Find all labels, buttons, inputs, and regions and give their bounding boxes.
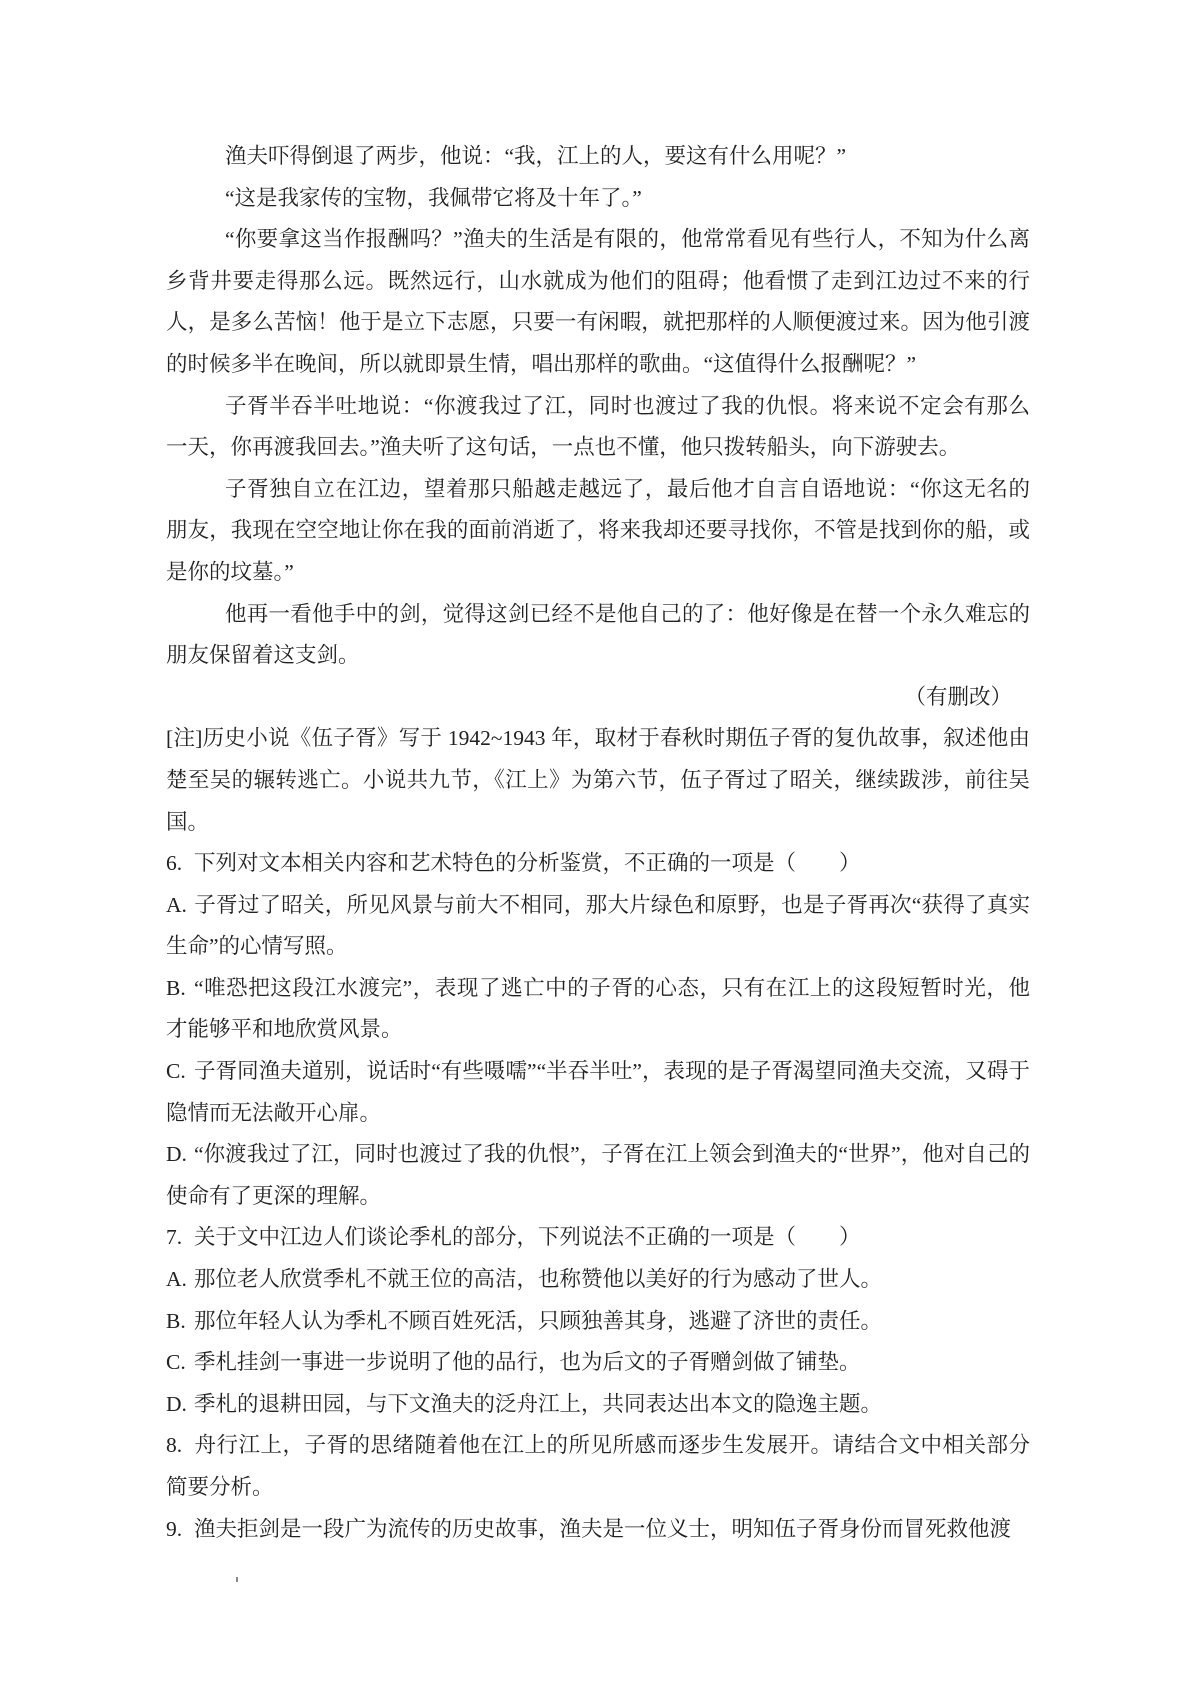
- scan-artifact-speck: [236, 1577, 238, 1582]
- story-paragraph-6: 他再一看他手中的剑，觉得这剑已经不是他自己的了：他好像是在替一个永久难忘的朋友保…: [166, 594, 1030, 677]
- option-c-text: 子胥同渔夫道别，说话时“有些嗫嚅”“半吞半吐”，表现的是子胥渴望同渔夫交流，又碍…: [166, 1059, 1030, 1125]
- option-c-label: C.: [166, 1342, 194, 1384]
- question-7-text: 关于文中江边人们谈论季札的部分，下列说法不正确的一项是（ ）: [194, 1225, 861, 1249]
- option-d-text: “你渡我过了江，同时也渡过了我的仇恨”，子胥在江上领会到渔夫的“世界”，他对自己…: [166, 1142, 1030, 1208]
- option-a-text: 子胥过了昭关，所见风景与前大不相同，那大片绿色和原野，也是子胥再次“获得了真实 …: [166, 893, 1052, 959]
- option-d-text: 季札的退耕田园，与下文渔夫的泛舟江上，共同表达出本文的隐逸主题。: [194, 1392, 882, 1416]
- option-d-label: D.: [166, 1384, 194, 1426]
- question-7-number: 7.: [166, 1217, 194, 1259]
- option-c-label: C.: [166, 1051, 194, 1093]
- question-6-text: 下列对文本相关内容和艺术特色的分析鉴赏，不正确的一项是（ ）: [194, 851, 861, 875]
- question-6-option-a: A.子胥过了昭关，所见风景与前大不相同，那大片绿色和原野，也是子胥再次“获得了真…: [166, 885, 1030, 968]
- question-6-number: 6.: [166, 843, 194, 885]
- question-6-option-c: C.子胥同渔夫道别，说话时“有些嗫嚅”“半吞半吐”，表现的是子胥渴望同渔夫交流，…: [166, 1051, 1030, 1134]
- option-a-label: A.: [166, 1259, 194, 1301]
- exam-page-content: 渔夫吓得倒退了两步，他说：“我，江上的人，要这有什么用呢？” “这是我家传的宝物…: [166, 136, 1030, 1550]
- option-c-text: 季札挂剑一事进一步说明了他的品行，也为后文的子胥赠剑做了铺垫。: [194, 1350, 861, 1374]
- option-b-text: 那位年轻人认为季札不顾百姓死活，只顾独善其身，逃避了济世的责任。: [194, 1309, 882, 1333]
- question-6-stem: 6.下列对文本相关内容和艺术特色的分析鉴赏，不正确的一项是（ ）: [166, 843, 1030, 885]
- question-8-number: 8.: [166, 1425, 194, 1467]
- option-d-label: D.: [166, 1134, 194, 1176]
- option-b-label: B.: [166, 1301, 194, 1343]
- option-a-label: A.: [166, 885, 194, 927]
- question-8-text: 舟行江上，子胥的思绪随着他在江上的所见所感而逐步生发展开。请结合文中相关部分简要…: [166, 1433, 1030, 1499]
- story-paragraph-2: “这是我家传的宝物，我佩带它将及十年了。”: [166, 178, 1030, 220]
- question-8-stem: 8.舟行江上，子胥的思绪随着他在江上的所见所感而逐步生发展开。请结合文中相关部分…: [166, 1425, 1030, 1508]
- question-6-option-b: B.“唯恐把这段江水渡完”，表现了逃亡中的子胥的心态，只有在江上的这段短暂时光，…: [166, 968, 1030, 1051]
- question-6-option-d: D.“你渡我过了江，同时也渡过了我的仇恨”，子胥在江上领会到渔夫的“世界”，他对…: [166, 1134, 1030, 1217]
- option-a-text: 那位老人欣赏季札不就王位的高洁，也称赞他以美好的行为感动了世人。: [194, 1267, 882, 1291]
- question-7-option-d: D.季札的退耕田园，与下文渔夫的泛舟江上，共同表达出本文的隐逸主题。: [166, 1384, 1030, 1426]
- story-paragraph-1: 渔夫吓得倒退了两步，他说：“我，江上的人，要这有什么用呢？”: [166, 136, 1030, 178]
- option-b-text: “唯恐把这段江水渡完”，表现了逃亡中的子胥的心态，只有在江上的这段短暂时光，他才…: [166, 976, 1030, 1042]
- question-7-stem: 7.关于文中江边人们谈论季札的部分，下列说法不正确的一项是（ ）: [166, 1217, 1030, 1259]
- story-paragraph-4: 子胥半吞半吐地说：“你渡我过了江，同时也渡过了我的仇恨。将来说不定会有那么一天，…: [166, 386, 1030, 469]
- passage-footnote: [注]历史小说《伍子胥》写于 1942~1943 年，取材于春秋时期伍子胥的复仇…: [166, 718, 1030, 843]
- story-paragraph-3: “你要拿这当作报酬吗？”渔夫的生活是有限的，他常常看见有些行人，不知为什么离乡背…: [166, 219, 1030, 385]
- attribution-note: （有删改）: [166, 677, 1030, 719]
- question-9-text: 渔夫拒剑是一段广为流传的历史故事，渔夫是一位义士，明知伍子胥身份而冒死救他渡: [194, 1517, 1011, 1541]
- question-7-option-a: A.那位老人欣赏季札不就王位的高洁，也称赞他以美好的行为感动了世人。: [166, 1259, 1030, 1301]
- question-9-number: 9.: [166, 1509, 194, 1551]
- question-9-stem: 9.渔夫拒剑是一段广为流传的历史故事，渔夫是一位义士，明知伍子胥身份而冒死救他渡: [166, 1509, 1030, 1551]
- story-paragraph-5: 子胥独自立在江边，望着那只船越走越远了，最后他才自言自语地说：“你这无名的朋友，…: [166, 469, 1030, 594]
- question-7-option-c: C.季札挂剑一事进一步说明了他的品行，也为后文的子胥赠剑做了铺垫。: [166, 1342, 1030, 1384]
- option-b-label: B.: [166, 968, 194, 1010]
- question-7-option-b: B.那位年轻人认为季札不顾百姓死活，只顾独善其身，逃避了济世的责任。: [166, 1301, 1030, 1343]
